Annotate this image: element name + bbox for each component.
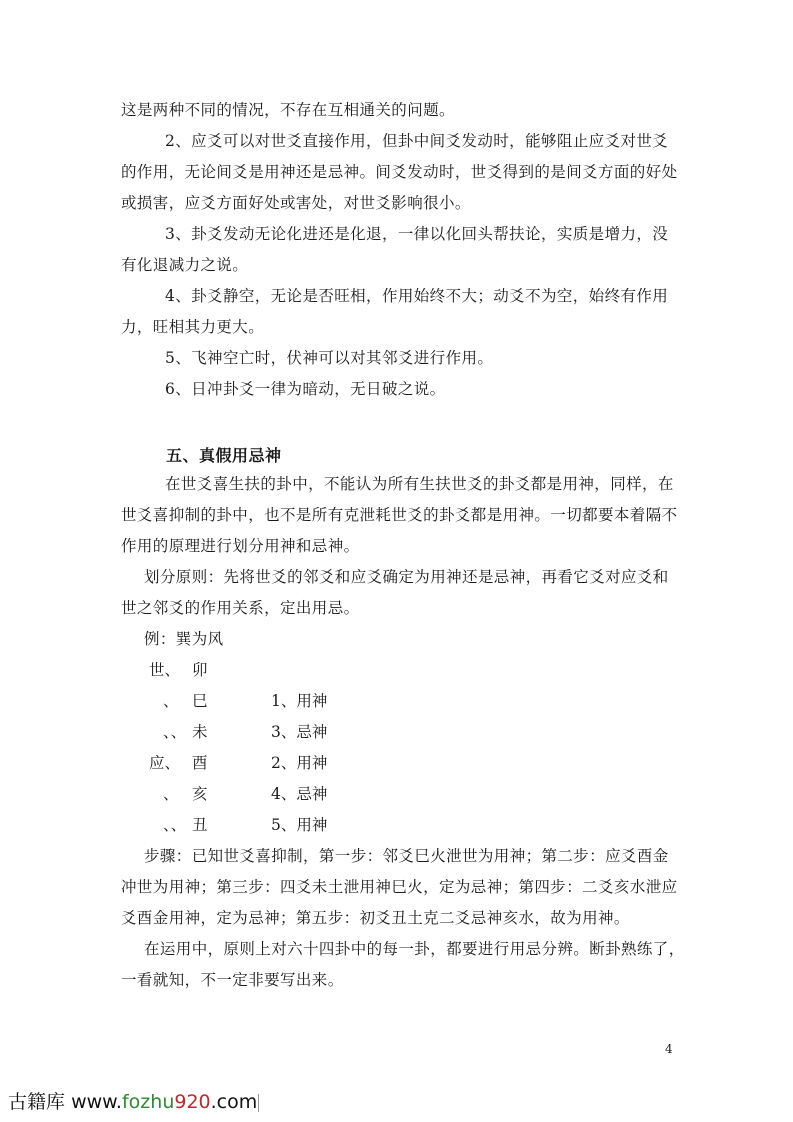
paragraph-line: 世爻喜抑制的卦中，也不是所有克泄耗世爻的卦爻都是用神。一切都要本着隔不 [121,505,678,525]
paragraph-line: 有化退减力之说。 [121,255,248,275]
paragraph-line: 这是两种不同的情况，不存在互相通关的问题。 [121,100,455,120]
paragraph-line: 划分原则：先将世爻的邻爻和应爻确定为用神还是忌神，再看它爻对应爻和 [144,567,669,587]
yao-branch: 酉 [192,753,208,773]
yao-mark: 、 [163,784,179,804]
paragraph-line: 一看就知，不一定非要写出来。 [121,970,344,990]
paragraph-line: 3、卦爻发动无论化进还是化退，一律以化回头帮扶论，实质是增力，没 [165,224,668,244]
watermark-footer: 古籍库 www.fozhu920.com [8,1087,259,1114]
paragraph-line: 4、卦爻静空，无论是否旺相，作用始终不大；动爻不为空，始终有作用 [165,286,668,306]
yao-mark: 、、 [163,815,186,835]
yao-branch: 巳 [192,691,208,711]
example-title: 例：巽为风 [144,629,224,649]
yao-branch: 未 [192,722,208,742]
yao-branch: 丑 [192,815,208,835]
yao-mark: 、 [163,691,179,711]
site-name: 古籍库 [8,1091,65,1113]
url-red-part: 920 [174,1091,210,1113]
paragraph-line: 6、日冲卦爻一律为暗动，无日破之说。 [165,379,446,399]
paragraph-line: 的作用，无论间爻是用神还是忌神。间爻发动时，世爻得到的是间爻方面的好处 [121,162,678,182]
site-url[interactable]: www.fozhu920.com [71,1091,257,1113]
paragraph-line: 在运用中，原则上对六十四卦中的每一卦，都要进行用忌分辨。断卦熟练了， [144,939,685,959]
yao-role: 2、用神 [271,753,327,773]
yao-branch: 卯 [192,660,208,680]
paragraph-line: 冲世为用神；第三步：四爻未土泄用神巳火，定为忌神；第四步：二爻亥水泄应 [121,877,678,897]
yao-role: 4、忌神 [271,784,327,804]
yao-branch: 亥 [192,784,208,804]
document-page: 这是两种不同的情况，不存在互相通关的问题。 2、应爻可以对世爻直接作用，但卦中间… [0,0,793,1122]
paragraph-line: 力，旺相其力更大。 [121,317,264,337]
yao-mark: 应、 [149,753,180,773]
paragraph-line: 步骤：已知世爻喜抑制，第一步：邻爻巳火泄世为用神；第二步：应爻酉金 [144,846,669,866]
paragraph-line: 作用的原理进行划分用神和忌神。 [121,536,360,556]
yao-role: 3、忌神 [271,722,327,742]
paragraph-line: 或损害，应爻方面好处或害处，对世爻影响很小。 [121,193,471,213]
paragraph-line: 在世爻喜生扶的卦中，不能认为所有生扶世爻的卦爻都是用神，同样，在 [165,474,674,494]
url-suffix: .com [211,1091,258,1113]
section-heading: 五、真假用忌神 [166,443,282,466]
yao-role: 1、用神 [271,691,327,711]
paragraph-line: 2、应爻可以对世爻直接作用，但卦中间爻发动时，能够阻止应爻对世爻 [165,131,668,151]
url-green-part: fozhu [122,1091,174,1113]
paragraph-line: 5、飞神空亡时，伏神可以对其邻爻进行作用。 [165,348,493,368]
yao-mark: 世、 [149,660,180,680]
paragraph-line: 世之邻爻的作用关系，定出用忌。 [121,598,360,618]
text-cursor [258,1094,259,1112]
paragraph-line: 爻酉金用神，定为忌神；第五步：初爻丑土克二爻忌神亥水，故为用神。 [121,908,630,928]
page-number: 4 [665,1042,673,1056]
url-prefix: www. [71,1091,122,1113]
yao-mark: 、、 [163,722,186,742]
yao-role: 5、用神 [271,815,327,835]
